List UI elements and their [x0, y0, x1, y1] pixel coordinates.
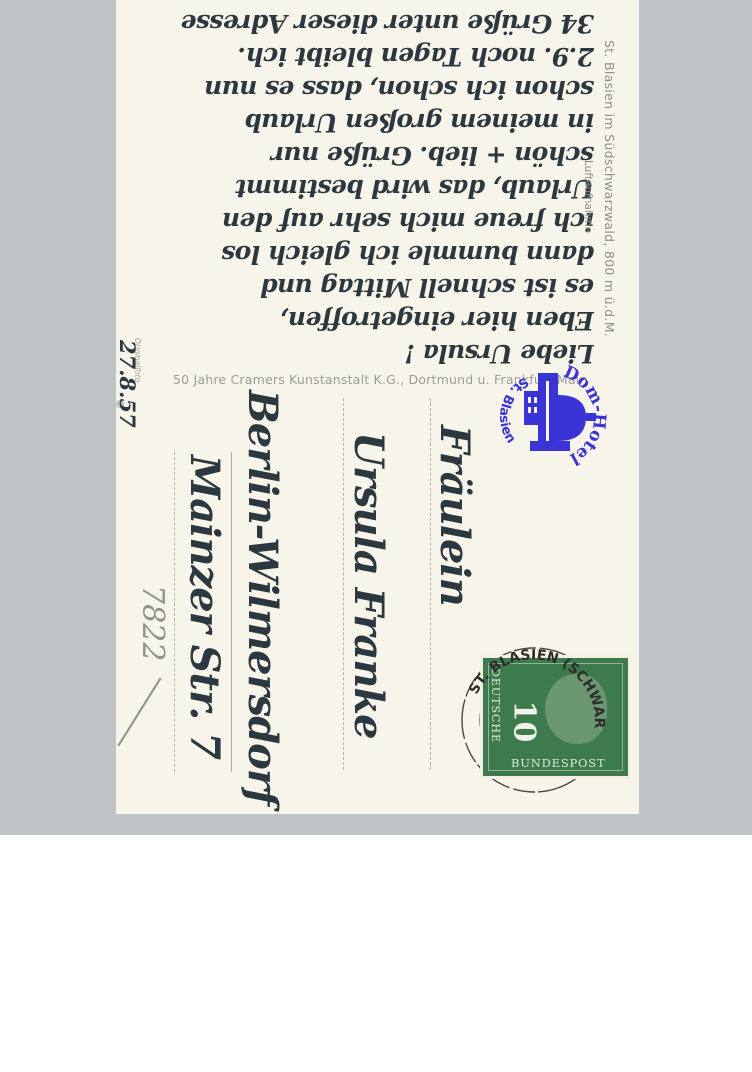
message-line: ich freue mich sehr auf den: [124, 205, 594, 238]
message-line: 2.9. noch Tagen bleibt ich.: [124, 40, 594, 73]
address-line: Ursula Franke: [345, 432, 392, 739]
address-rule: [231, 452, 232, 772]
address-line: Berlin-Wilmersdorf: [239, 390, 286, 805]
message-line: schon ich schon, dass es nun: [124, 73, 594, 106]
message-line: 34 Grüße unter dieser Adresse: [124, 7, 594, 40]
printed-caption-sub: Luftaufnahme: [582, 160, 594, 233]
message-line: Eben hier eingetroffen,: [124, 304, 594, 337]
address-rule: [174, 452, 175, 772]
hotel-stamp-icon: Dom-Hotel St. Blasien: [490, 355, 615, 480]
address-rule: [343, 398, 344, 770]
handwritten-date: 27.8.57: [115, 340, 140, 428]
message-line: dann bummle ich gleich los: [124, 238, 594, 271]
address-line: Fräulein: [431, 425, 478, 606]
pencil-reference-number: 7822: [135, 585, 170, 661]
address-line: Mainzer Str. 7: [181, 455, 228, 759]
postmark-text-icon: ST. BLASIEN (SCHWARZW.): [444, 642, 612, 810]
svg-text:ST. BLASIEN (SCHWARZW.): ST. BLASIEN (SCHWARZW.): [444, 642, 607, 729]
message-line: schön + lieb. Grüße nur: [124, 139, 594, 172]
handwritten-message: Liebe Ursula ! Eben hier eingetroffen, e…: [124, 0, 594, 370]
message-line: Urlaub, das wird bestimmt: [124, 172, 594, 205]
postmark-text: ST. BLASIEN (SCHWARZW.): [444, 642, 607, 729]
message-line: es ist schnell Mittag und: [124, 271, 594, 304]
printed-caption: St. Blasien im Südschwarzwald, 800 m ü.d…: [602, 40, 617, 337]
message-line: in meinem großen Urlaub: [124, 106, 594, 139]
